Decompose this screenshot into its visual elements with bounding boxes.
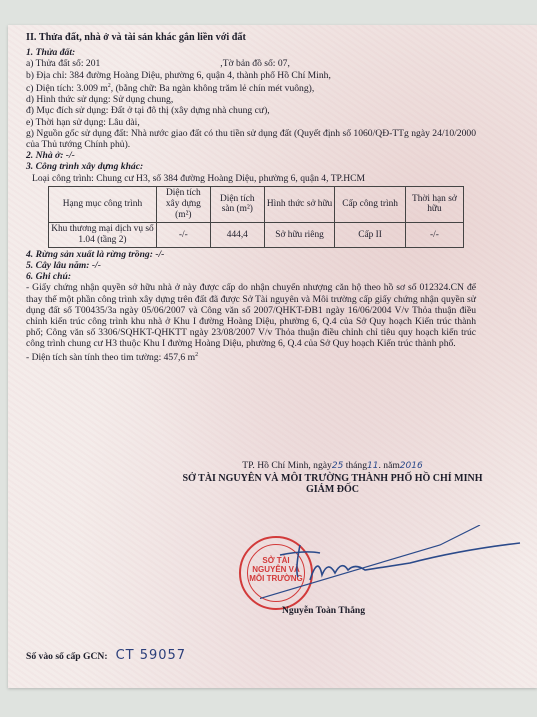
land-area: c) Diện tích: 3.009 m2, (bằng chữ: Ba ng… bbox=[26, 81, 476, 94]
date-day: 25 bbox=[332, 461, 343, 471]
place-date: TP. Hồ Chí Minh, ngày25 tháng11. năm2016 bbox=[140, 460, 525, 473]
certificate-content: II. Thửa đất, nhà ở và tài sản khác gắn … bbox=[26, 32, 476, 363]
signer-title: GIÁM ĐỐC bbox=[140, 484, 525, 496]
land-address: b) Địa chỉ: 384 đường Hoàng Diệu, phường… bbox=[26, 70, 476, 81]
land-origin: g) Nguồn gốc sử dụng đất: Nhà nước giao … bbox=[26, 128, 476, 150]
note-2: - Diện tích sàn tính theo tim tường: 457… bbox=[26, 350, 476, 363]
col-header: Diện tích sàn (m²) bbox=[210, 186, 264, 222]
table-cell: Cấp II bbox=[335, 222, 406, 247]
notes-heading: 6. Ghi chú: bbox=[26, 271, 476, 282]
registry-number: Số vào sổ cấp GCN:CT 59057 bbox=[26, 648, 186, 663]
col-header: Thời hạn sở hữu bbox=[405, 186, 463, 222]
registry-value: CT 59057 bbox=[116, 648, 187, 663]
use-term: e) Thời hạn sử dụng: Lâu dài, bbox=[26, 117, 476, 128]
signer-name: Nguyễn Toàn Thắng bbox=[282, 605, 365, 616]
use-form: d) Hình thức sử dụng: Sử dụng chung, bbox=[26, 94, 476, 105]
section-title: II. Thửa đất, nhà ở và tài sản khác gắn … bbox=[26, 32, 476, 43]
construction-table: Hạng mục công trình Diện tích xây dựng (… bbox=[48, 186, 464, 248]
note-1: - Giấy chứng nhận quyền sở hữu nhà ở này… bbox=[26, 282, 476, 349]
col-header: Hình thức sở hữu bbox=[264, 186, 335, 222]
house-heading: 2. Nhà ở: -/- bbox=[26, 150, 476, 161]
table-cell: Sở hữu riêng bbox=[264, 222, 335, 247]
date-month: 11 bbox=[367, 461, 378, 471]
construction-type: Loại công trình: Chung cư H3, số 384 đườ… bbox=[26, 173, 476, 184]
col-header: Cấp công trình bbox=[335, 186, 406, 222]
table-cell: Khu thương mại dịch vụ số 1.04 (tầng 2) bbox=[49, 222, 157, 247]
perennial-heading: 5. Cây lâu năm: -/- bbox=[26, 260, 476, 271]
table-cell: -/- bbox=[405, 222, 463, 247]
signature-icon bbox=[260, 525, 530, 605]
signature-block: TP. Hồ Chí Minh, ngày25 tháng11. năm2016… bbox=[140, 460, 525, 496]
table-header-row: Hạng mục công trình Diện tích xây dựng (… bbox=[49, 186, 464, 222]
table-cell: 444,4 bbox=[210, 222, 264, 247]
use-purpose: đ) Mục đích sử dụng: Đất ở tại đô thị (x… bbox=[26, 105, 476, 116]
registry-label: Số vào sổ cấp GCN: bbox=[26, 651, 108, 662]
col-header: Diện tích xây dựng (m²) bbox=[156, 186, 210, 222]
other-construction-heading: 3. Công trình xây dựng khác: bbox=[26, 161, 476, 172]
table-cell: -/- bbox=[156, 222, 210, 247]
col-header: Hạng mục công trình bbox=[49, 186, 157, 222]
parcel-number: a) Thửa đất số: 201,Tờ bản đồ số: 07, bbox=[26, 58, 476, 69]
table-row: Khu thương mại dịch vụ số 1.04 (tầng 2) … bbox=[49, 222, 464, 247]
map-sheet: ,Tờ bản đồ số: 07, bbox=[220, 58, 290, 69]
land-heading: 1. Thửa đất: bbox=[26, 47, 476, 58]
issuing-organization: SỞ TÀI NGUYÊN VÀ MÔI TRƯỜNG THÀNH PHỐ HỒ… bbox=[140, 473, 525, 485]
date-year: 2016 bbox=[400, 461, 423, 471]
forest-heading: 4. Rừng sản xuất là rừng trồng: -/- bbox=[26, 249, 476, 260]
